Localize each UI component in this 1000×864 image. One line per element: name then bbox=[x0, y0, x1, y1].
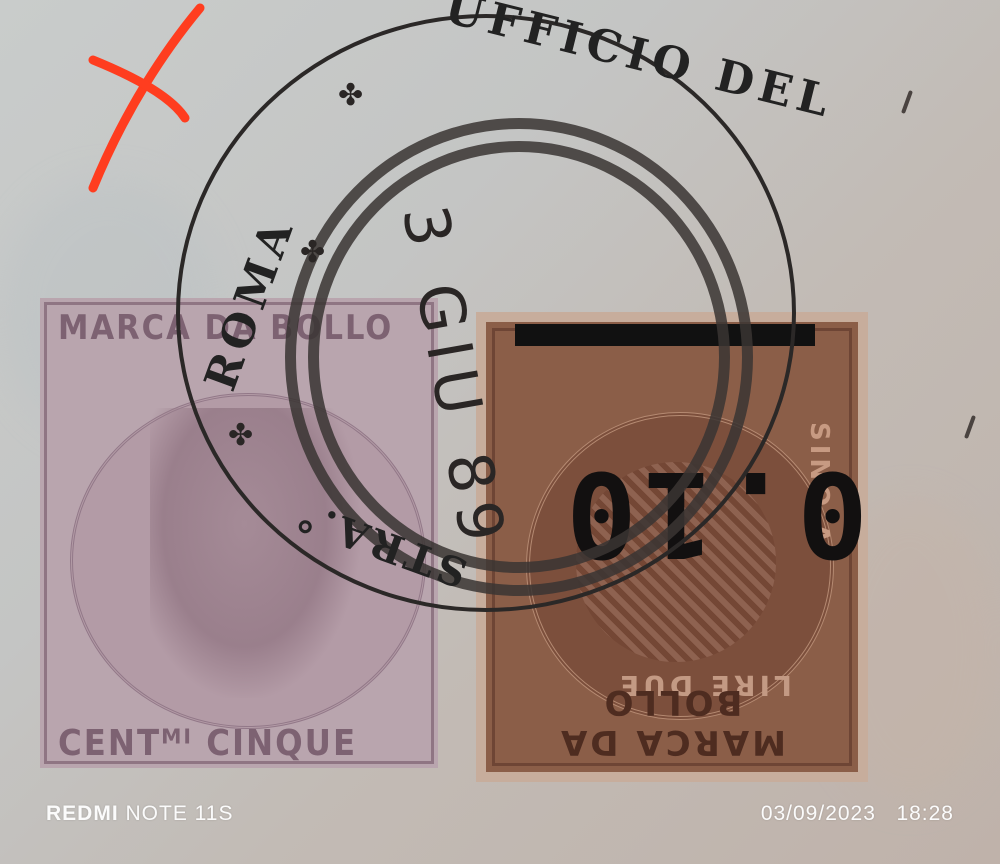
ornament-icon: ✤ bbox=[300, 235, 325, 270]
camera-model: NOTE 11S bbox=[126, 802, 234, 825]
photo-time: 18:28 bbox=[896, 802, 954, 825]
timestamp-watermark: 03/09/2023 18:28 bbox=[761, 802, 954, 826]
camera-brand: REDMI bbox=[46, 802, 119, 825]
photo-date: 03/09/2023 bbox=[761, 802, 876, 825]
paper-speck bbox=[964, 415, 976, 439]
x-mark-icon bbox=[85, 0, 205, 200]
camera-model-watermark: REDMI NOTE 11S bbox=[46, 802, 234, 826]
right-stamp-bottom-label: MARCA DA BOLLO bbox=[506, 682, 838, 762]
paper-speck bbox=[901, 90, 913, 114]
ornament-icon: ✤ bbox=[338, 78, 363, 113]
left-stamp-value-label: CENTᴹᴵ CINQUE bbox=[58, 723, 420, 764]
ornament-icon: ✤ bbox=[228, 418, 253, 453]
